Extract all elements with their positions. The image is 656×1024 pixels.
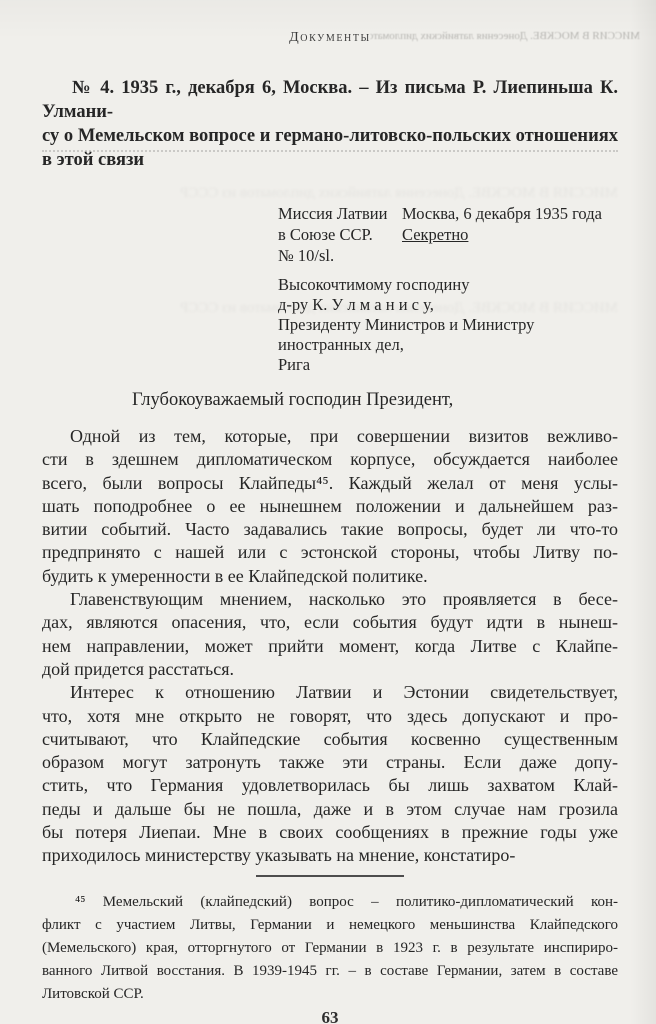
text-line: дой придется расстаться. [42,658,618,681]
text-line: Интерес к отношению Латвии и Эстонии сви… [42,681,618,704]
text-line: д-ру К. У л м а н и с у, [278,295,618,315]
text-line: иностранных дел, [278,335,618,355]
paragraph: Интерес к отношению Латвии и Эстонии сви… [42,681,618,867]
text-line: Высокочтимому господину [278,275,618,295]
text-line: в этой связи [42,148,618,172]
text-line: шать поподробнее о ее нынешнем положении… [42,495,618,518]
text-line: Литовской ССР. [42,983,618,1006]
bleed-through-smudge: МИССИЯ В МОСКВЕ. Донесения латвийских ди… [42,185,618,202]
text-line: № 10/sl. [278,245,618,266]
text-line: фликт с участием Литвы, Германии и немец… [42,914,618,937]
footnote: ⁴⁵ Мемельский (клайпедский) вопрос – пол… [42,891,618,1007]
text-line: педы и дальше бы не пошла, даже и в этом… [42,798,618,821]
text-line: Президенту Министров и Министру [278,315,618,335]
text-line: ванного Литвой восстания. В 1939-1945 гг… [42,960,618,983]
classification-stamp: Секретно [402,224,602,245]
letter-body: Одной из тем, которые, при совершении ви… [42,425,618,868]
paragraph: Главенствующим мнением, насколько это пр… [42,588,618,681]
letterhead: Миссия Латвиив Союзе ССР.№ 10/sl. Москва… [42,203,618,266]
text-line: Рига [278,355,618,375]
running-header: Документы [42,30,618,46]
text-line: приходилось министерству указывать на мн… [42,844,618,867]
text-line: (Мемельского) края, отторгнутого от Герм… [42,937,618,960]
page-number: 63 [42,1008,618,1024]
text-line: всего, были вопросы Клайпеды⁴⁵. Каждый ж… [42,472,618,495]
document-title: № 4. 1935 г., декабря 6, Москва. – Из пи… [42,76,618,172]
salutation: Глубокоуважаемый господин Президент, [132,388,618,412]
text-line: что, хотя мне открыто не говорят, что зд… [42,705,618,728]
text-line: Главенствующим мнением, насколько это пр… [42,588,618,611]
place-date-line: Москва, 6 декабря 1935 года [402,203,602,224]
text-line: витии событий. Часто задавались такие во… [42,518,618,541]
text-line: № 4. 1935 г., декабря 6, Москва. – Из пи… [42,76,618,124]
text-line: дах, являются опасения, что, если событи… [42,611,618,634]
text-line: стить, что Германия удовлетворилась бы л… [42,774,618,797]
text-line: ⁴⁵ Мемельский (клайпедский) вопрос – пол… [42,891,618,914]
text-line: образом могут затронуть также эти страны… [42,751,618,774]
text-line: су о Мемельском вопросе и германо-литовс… [42,124,618,148]
footnote-separator [256,875,404,877]
paragraph: Одной из тем, которые, при совершении ви… [42,425,618,588]
text-line: считывают, что Клайпедские события косве… [42,728,618,751]
text-line: сти в здешнем дипломатическом корпусе, о… [42,448,618,471]
text-line: бы потеря Лиепаи. Мне в своих сообщениях… [42,821,618,844]
text-line: предпринято с нашей или с эстонской стор… [42,541,618,564]
text-line: будить к умеренности в ее Клайпедской по… [42,565,618,588]
date-classification-block: Москва, 6 декабря 1935 года Секретно [402,203,602,245]
text-line: нем направлении, может прийти момент, ко… [42,635,618,658]
text-line: Одной из тем, которые, при совершении ви… [42,425,618,448]
recipient-block: Высокочтимому господинуд-ру К. У л м а н… [278,275,618,375]
scanned-book-page: МИССИЯ В МОСКВЕ. Донесения латвийских ди… [0,0,656,1024]
